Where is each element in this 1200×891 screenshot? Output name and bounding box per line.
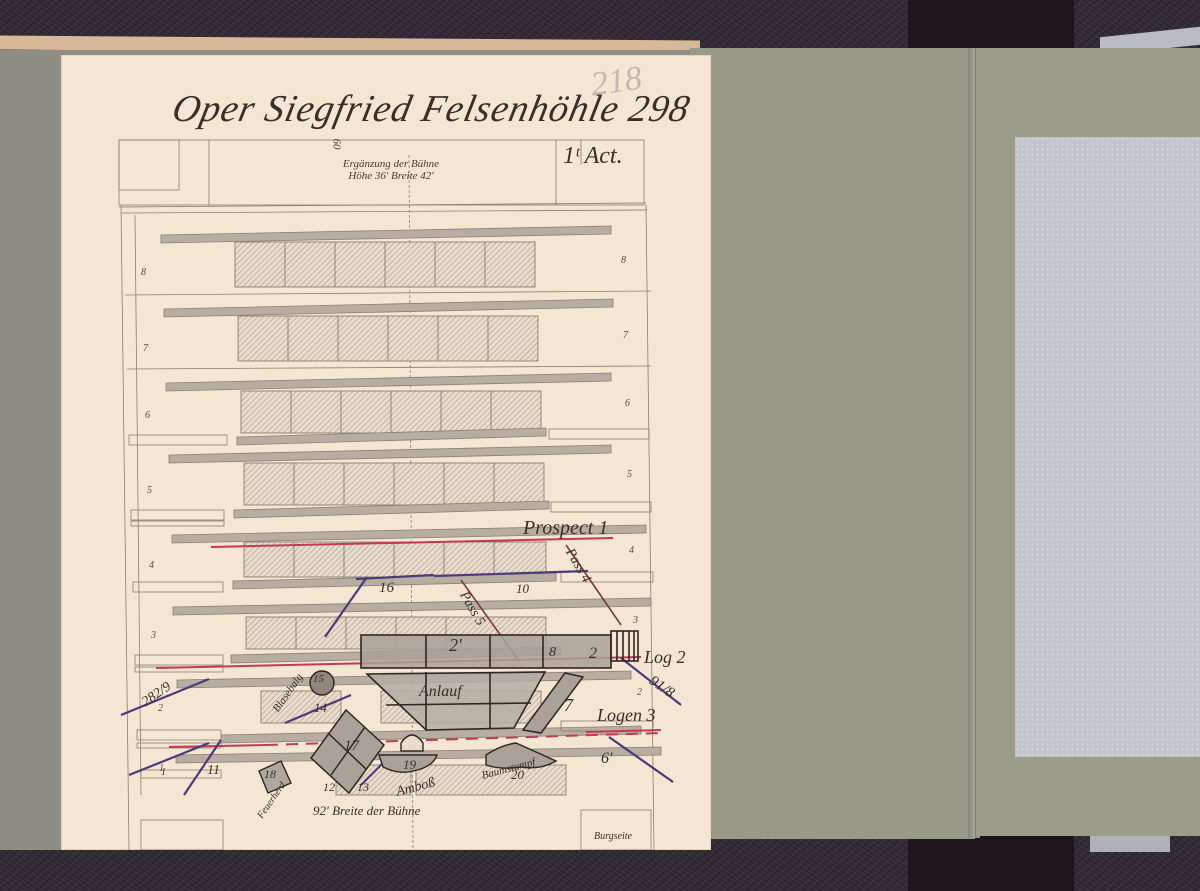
row-number-right: 6 xyxy=(625,398,630,409)
piece-15-label: 15 xyxy=(313,673,324,685)
piece-11-label: 11 xyxy=(207,763,220,779)
anlauf-label: Anlauf xyxy=(419,683,462,701)
stage-plan-sheet: 218 Oper Siegfried Felsenhöhle 298 60 Er… xyxy=(61,55,711,850)
row-number-left: 3 xyxy=(151,630,156,641)
row-number-right: 5 xyxy=(627,469,632,480)
row-number-left: 5 xyxy=(147,485,152,496)
piece-7-label: 7 xyxy=(564,695,573,716)
tissue-paper-insert xyxy=(1015,137,1200,757)
piece-20-label: 20 xyxy=(511,767,524,783)
small-page-number: 60 xyxy=(331,139,343,150)
row-number-right: 2 xyxy=(637,687,642,698)
row-number-left: 7 xyxy=(143,343,148,354)
piece-2-label: 2 xyxy=(589,645,597,663)
album-board-middle xyxy=(690,48,975,839)
piece-10-label: 10 xyxy=(516,581,529,597)
logen-3-annotation: Logen 3 xyxy=(597,705,656,726)
document-title: Oper Siegfried Felsenhöhle 298 xyxy=(168,87,694,131)
piece-6-label: 6′ xyxy=(601,750,613,768)
row-number-right: 4 xyxy=(629,545,634,556)
log-2-annotation: Log 2 xyxy=(644,647,686,668)
prospect-annotation: Prospect 1 xyxy=(523,517,608,540)
row-number-right: 8 xyxy=(621,255,626,266)
row-number-right: 3 xyxy=(633,615,638,626)
row-number-left: 6 xyxy=(145,410,150,421)
piece-2-prime-label: 2′ xyxy=(449,635,462,656)
piece-17-label: 17 xyxy=(344,738,359,755)
act-label: 1ᵗ Act. xyxy=(563,143,623,170)
piece-13-label: 13 xyxy=(357,780,369,795)
burgseite-label: Burgseite xyxy=(594,831,632,842)
piece-16-label: 16 xyxy=(379,580,394,597)
row-number-right: 7 xyxy=(623,330,628,341)
piece-1-label: 1 xyxy=(161,767,166,778)
piece-18-label: 18 xyxy=(264,767,276,782)
row-number-left: 4 xyxy=(149,560,154,571)
row-number-left: 2 xyxy=(158,703,163,714)
piece-14-label: 14 xyxy=(314,700,327,716)
tissue-edge-bottom xyxy=(1090,836,1170,852)
piece-8-label: 8 xyxy=(549,645,556,661)
stage-width-label: 92′ Breite der Bühne xyxy=(313,803,420,819)
row-number-left: 8 xyxy=(141,267,146,278)
piece-19-label: 19 xyxy=(403,757,416,773)
stage-extension-note: Ergänzung der Bühne Höhe 36′ Breite 42′ xyxy=(311,158,471,182)
piece-12-label: 12 xyxy=(323,780,335,795)
